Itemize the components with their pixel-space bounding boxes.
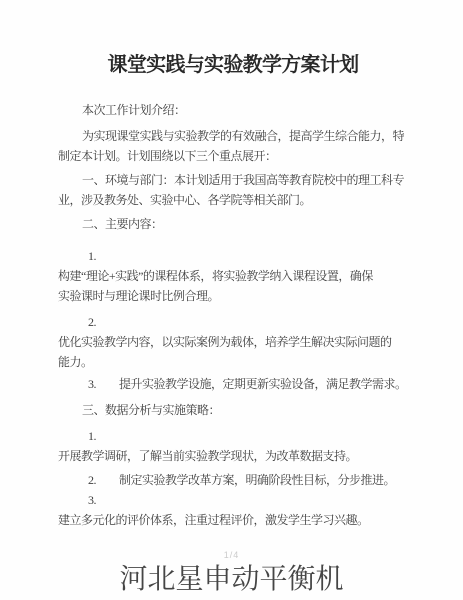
doc-line: 本次工作计划介绍： (58, 100, 408, 120)
doc-line: 业，涉及教务处、实验中心、各学院等相关部门。 (58, 190, 408, 210)
doc-line: 能力。 (58, 352, 408, 372)
document-body: 课堂实践与实验教学方案计划 本次工作计划介绍： 为实现课堂实践与实验教学的有效融… (58, 50, 408, 530)
doc-line: 二、主要内容： (58, 214, 408, 234)
doc-line: 三、数据分析与实施策略： (58, 400, 408, 420)
doc-line: 构建“理论+实践”的课程体系，将实验教学纳入课程设置，确保 (58, 266, 408, 286)
document-page: 课堂实践与实验教学方案计划 本次工作计划介绍： 为实现课堂实践与实验教学的有效融… (0, 0, 463, 600)
doc-line: 制定本计划。计划围绕以下三个重点展开： (58, 146, 408, 166)
page-number: 1/4 (0, 550, 463, 560)
doc-line: 建立多元化的评价体系，注重过程评价，激发学生学习兴趣。 (58, 510, 408, 530)
doc-line: 开展教学调研，了解当前实验教学现状，为改革数据支持。 (58, 446, 408, 466)
doc-line: 3. 提升实验教学设施，定期更新实验设备，满足教学需求。 (58, 374, 408, 394)
doc-line: 为实现课堂实践与实验教学的有效融合，提高学生综合能力，特 (58, 126, 408, 146)
doc-line: 3. (58, 490, 408, 510)
doc-line: 2. (58, 312, 408, 332)
doc-line: 1. (58, 426, 408, 446)
footer-brand-link[interactable]: 河北星申动平衡机 (0, 561, 463, 597)
doc-line: 一、环境与部门：本计划适用于我国高等教育院校中的理工科专 (58, 170, 408, 190)
doc-line: 2. 制定实验教学改革方案，明确阶段性目标，分步推进。 (58, 470, 408, 490)
doc-line: 优化实验教学内容，以实际案例为载体，培养学生解决实际问题的 (58, 332, 408, 352)
page-title: 课堂实践与实验教学方案计划 (58, 50, 408, 80)
doc-line: 实验课时与理论课时比例合理。 (58, 286, 408, 306)
doc-line: 1. (58, 246, 408, 266)
